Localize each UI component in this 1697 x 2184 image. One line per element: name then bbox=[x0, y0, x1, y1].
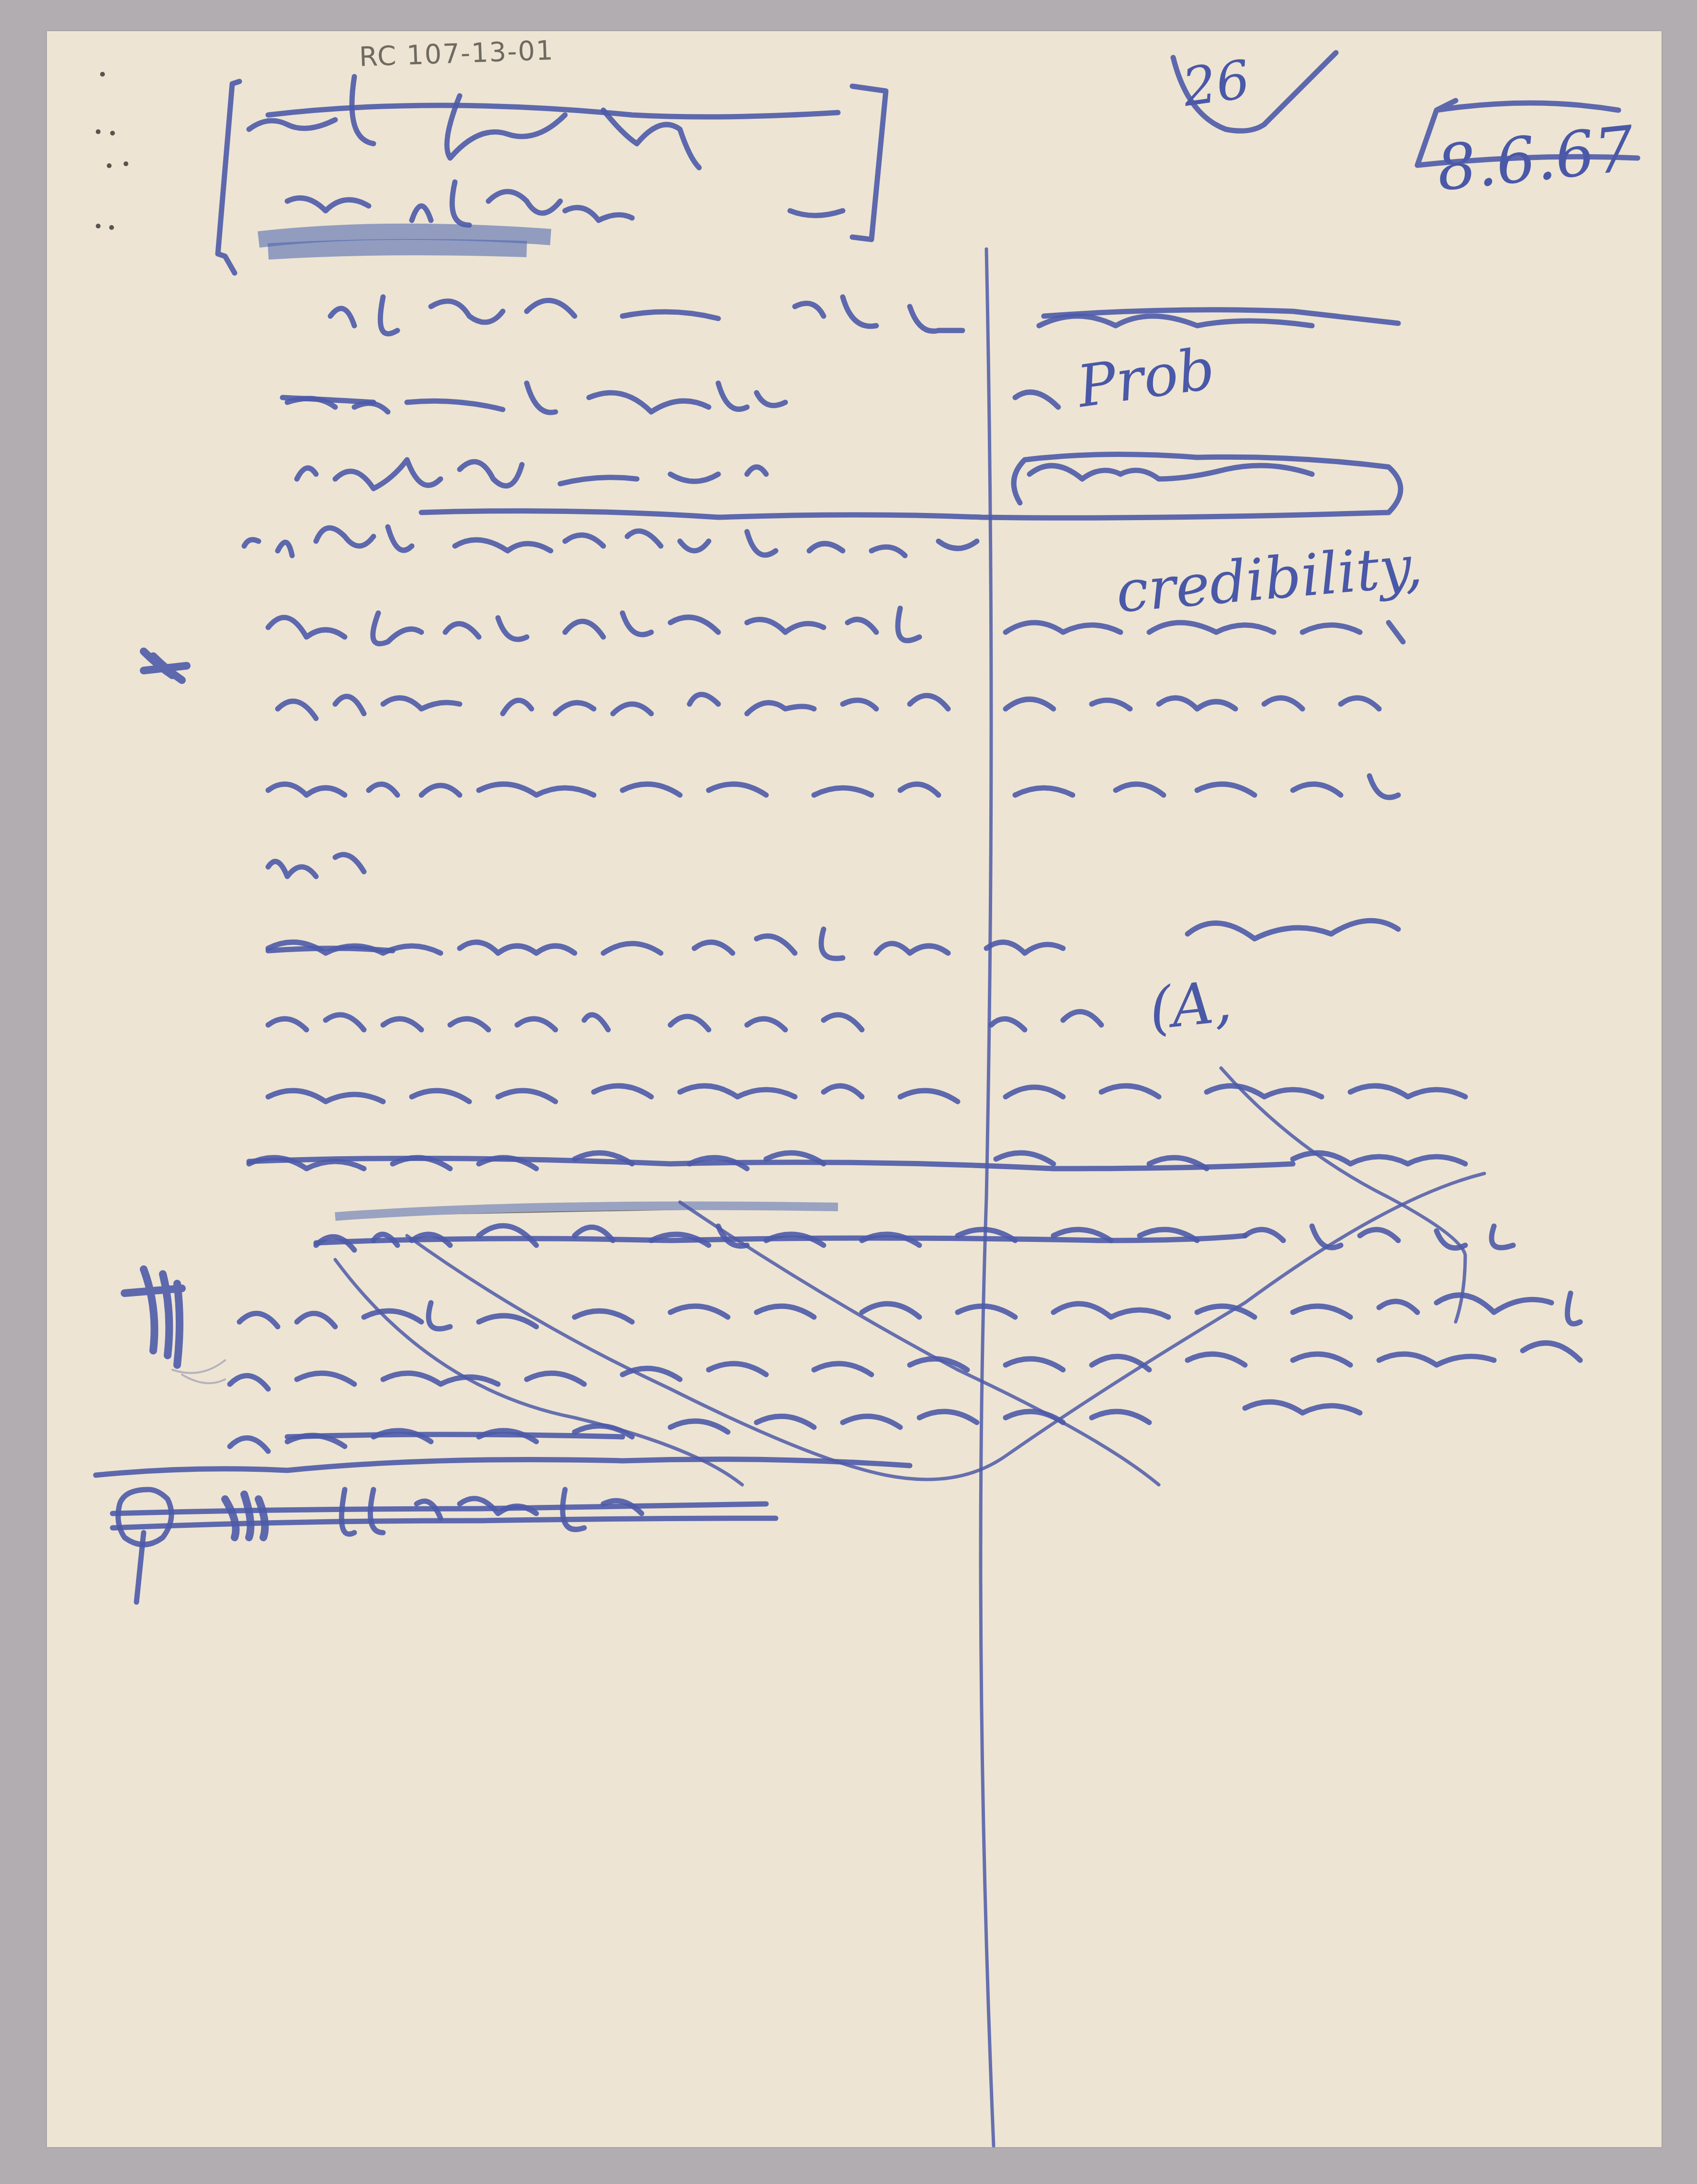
manuscript-page bbox=[47, 31, 1662, 2147]
paren-a-annotation: (A, bbox=[1146, 968, 1234, 1043]
page-marker: 26 bbox=[1179, 48, 1254, 118]
